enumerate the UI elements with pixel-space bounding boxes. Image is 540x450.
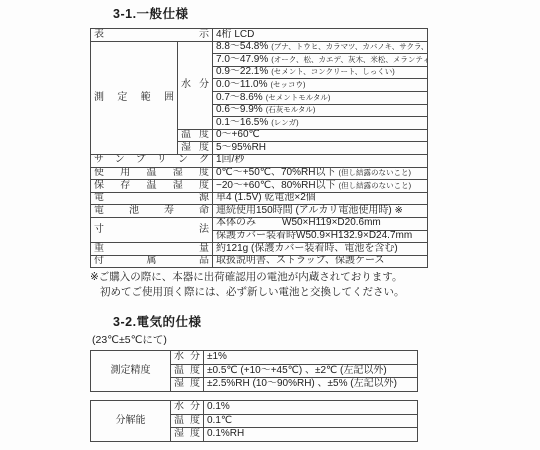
row-value: 1回/秒 <box>216 154 244 165</box>
table-row: 分解能 水分 0.1% <box>91 401 418 415</box>
moisture-value: 0.7〜8.6%(セメントモルタル) <box>213 91 428 104</box>
moisture-value: 0.1〜16.5%(レンガ) <box>213 117 428 130</box>
table-row: サンプリング 1回/秒 <box>91 154 428 167</box>
range-value: 0.9〜22.1% <box>216 66 268 77</box>
table-row: 重量 約121g (保護カバー装着時、電池を含む) <box>91 243 428 256</box>
moisture-value: 7.0〜47.9%(オーク、松、カエデ、灰木、米松、メランティー) <box>213 54 428 67</box>
moisture-value: 0.0〜11.0%(セッコウ) <box>213 79 428 92</box>
display-value: 4桁 LCD <box>213 29 428 42</box>
general-spec-table: 表示 4桁 LCD 測定範囲 水分 8.8〜54.8%(ブナ、トウヒ、カラマツ、… <box>90 28 428 268</box>
range-note: (セメント、コンクリート、しっくい) <box>271 67 395 76</box>
range-value: 0.6〜9.9% <box>216 104 263 115</box>
sampling-value: 1回/秒 <box>213 154 428 167</box>
row-value: −20〜+60℃、80%RH以下 <box>216 180 336 191</box>
range-note: (セッコウ) <box>271 80 306 89</box>
range-value: 0.7〜8.6% <box>216 92 263 103</box>
power-value: 単4 (1.5V) 乾電池×2個 <box>213 192 428 205</box>
param-label: 水分 <box>171 351 204 365</box>
param-label: 温度 <box>171 414 204 428</box>
table-row: 表示 4桁 LCD <box>91 29 428 42</box>
range-note: (ブナ、トウヒ、カラマツ、カバノキ、サクラ、クルミ) <box>271 42 427 51</box>
moisture-label: 水分 <box>178 41 213 129</box>
weight-value: 約121g (保護カバー装着時、電池を含む) <box>213 243 428 256</box>
table-row: 電池寿命 連続使用150時間 (アルカリ電池使用時) ※ <box>91 205 428 218</box>
accuracy-table: 測定精度 水分 ±1% 温度 ±0.5℃ (+10〜+45℃) 、±2℃ (左記… <box>90 350 418 392</box>
note-line: ※ご購入の際に、本器に出荷確認用の電池が内蔵されております。 <box>90 270 405 285</box>
row-value: 連続使用150時間 (アルカリ電池使用時) ※ <box>216 205 403 216</box>
range-label: 測定範囲 <box>91 41 178 154</box>
table-row: 電源 単4 (1.5V) 乾電池×2個 <box>91 192 428 205</box>
range-value: 8.8〜54.8% <box>216 41 268 52</box>
range-note: (レンガ) <box>271 118 298 127</box>
storage-env-value: −20〜+60℃、80%RH以下(但し結露のないこと) <box>213 180 428 193</box>
param-value: 0.1℃ <box>204 414 418 428</box>
moisture-value: 0.9〜22.1%(セメント、コンクリート、しっくい) <box>213 66 428 79</box>
range-value: 0.1〜16.5% <box>216 117 268 128</box>
test-condition: (23℃±5℃にて) <box>92 332 167 347</box>
note-line: 初めてご使用頂く際には、必ず新しい電池と交換してください。 <box>100 285 405 300</box>
weight-label: 重量 <box>91 243 213 256</box>
moisture-value: 0.6〜9.9%(石灰モルタル) <box>213 104 428 117</box>
range-value: 7.0〜47.9% <box>216 54 268 65</box>
row-value: 単4 (1.5V) 乾電池×2個 <box>216 192 316 203</box>
operating-env-value: 0℃〜+50℃、70%RH以下(但し結露のないこと) <box>213 167 428 180</box>
power-label: 電源 <box>91 192 213 205</box>
range-note: (オーク、松、カエデ、灰木、米松、メランティー) <box>271 55 427 64</box>
battery-life-label: 電池寿命 <box>91 205 213 218</box>
sampling-label: サンプリング <box>91 154 213 167</box>
dim-value: W50.9×H132.9×D24.7mm <box>296 230 412 241</box>
range-note: (石灰モルタル) <box>266 105 316 114</box>
dimensions-body-value: 本体のみW50×H119×D20.6mm <box>213 217 428 230</box>
resolution-table: 分解能 水分 0.1% 温度 0.1℃ 湿度 0.1%RH <box>90 400 418 442</box>
battery-life-value: 連続使用150時間 (アルカリ電池使用時) ※ <box>213 205 428 218</box>
dimensions-cover-value: 保護カバー装着時W50.9×H132.9×D24.7mm <box>213 230 428 243</box>
humidity-label: 湿度 <box>178 142 213 155</box>
humidity-value: 5〜95%RH <box>213 142 428 155</box>
accessories-label: 付属品 <box>91 255 213 268</box>
table-row: 寸法 本体のみW50×H119×D20.6mm <box>91 217 428 230</box>
param-label: 水分 <box>171 401 204 415</box>
param-value: ±2.5%RH (10〜90%RH) 、±5% (左記以外) <box>204 378 418 392</box>
section1-title: 3-1.一般仕様 <box>113 4 189 22</box>
param-label: 温度 <box>171 364 204 378</box>
display-label: 表示 <box>91 29 213 42</box>
param-value: 0.1%RH <box>204 428 418 442</box>
table-row: 測定精度 水分 ±1% <box>91 351 418 365</box>
table-row: 測定範囲 水分 8.8〜54.8%(ブナ、トウヒ、カラマツ、カバノキ、サクラ、ク… <box>91 41 428 54</box>
section2-title: 3-2.電気的仕様 <box>113 312 202 330</box>
dim-value: W50×H119×D20.6mm <box>282 217 381 228</box>
param-label: 湿度 <box>171 428 204 442</box>
manual-page: 3-1.一般仕様 表示 4桁 LCD 測定範囲 水分 8.8〜54.8%(ブナ、… <box>0 0 540 450</box>
dimensions-label: 寸法 <box>91 217 213 242</box>
dim-name: 保護カバー装着時 <box>216 231 296 242</box>
row-value: 0℃〜+50℃、70%RH以下 <box>216 167 335 178</box>
battery-notes: ※ご購入の際に、本器に出荷確認用の電池が内蔵されております。 初めてご使用頂く際… <box>90 270 405 299</box>
param-label: 湿度 <box>171 378 204 392</box>
row-note: (但し結露のないこと) <box>339 181 412 190</box>
moisture-value: 8.8〜54.8%(ブナ、トウヒ、カラマツ、カバノキ、サクラ、クルミ) <box>213 41 428 54</box>
accuracy-label: 測定精度 <box>91 351 171 392</box>
storage-env-label: 保存温湿度 <box>91 180 213 193</box>
table-row: 使用温湿度 0℃〜+50℃、70%RH以下(但し結露のないこと) <box>91 167 428 180</box>
operating-env-label: 使用温湿度 <box>91 167 213 180</box>
dim-name: 本体のみ <box>216 218 282 229</box>
table-row: 保存温湿度 −20〜+60℃、80%RH以下(但し結露のないこと) <box>91 180 428 193</box>
resolution-label: 分解能 <box>91 401 171 442</box>
param-value: 0.1% <box>204 401 418 415</box>
range-note: (セメントモルタル) <box>266 93 331 102</box>
param-value: ±0.5℃ (+10〜+45℃) 、±2℃ (左記以外) <box>204 364 418 378</box>
range-value: 0.0〜11.0% <box>216 79 268 90</box>
temp-label: 温度 <box>178 129 213 142</box>
accessories-value: 取扱説明書、ストラップ、保護ケース <box>213 255 428 268</box>
param-value: ±1% <box>204 351 418 365</box>
row-note: (但し結露のないこと) <box>338 168 411 177</box>
table-row: 付属品 取扱説明書、ストラップ、保護ケース <box>91 255 428 268</box>
temp-value: 0〜+60℃ <box>213 129 428 142</box>
